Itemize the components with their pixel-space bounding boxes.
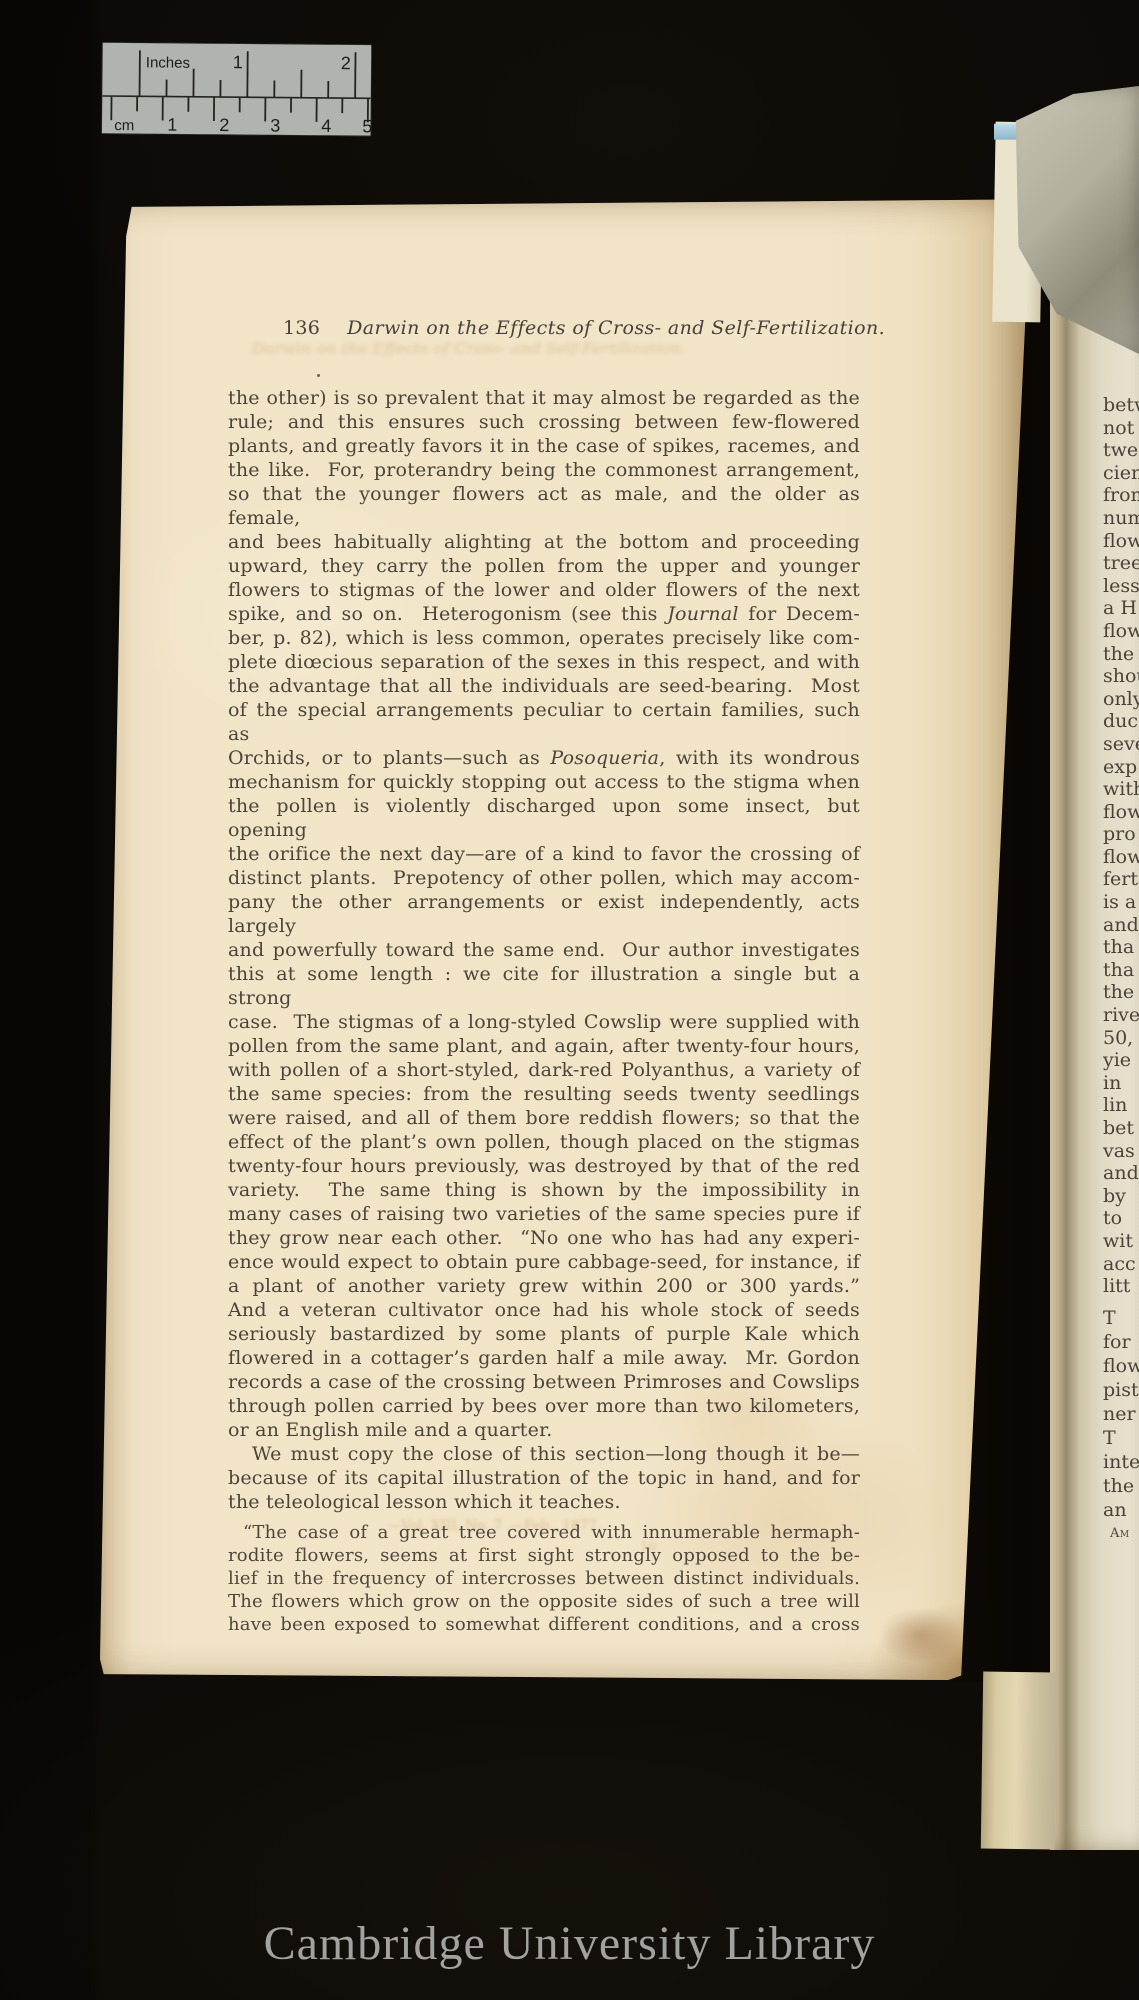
text-line: flow: [1103, 1354, 1139, 1378]
text-line: Am: [1103, 1522, 1139, 1546]
text-line: a H: [1103, 597, 1139, 620]
text-line: mechanism for quickly stopping out acces…: [228, 770, 860, 794]
show-through-header: Darwin on the Effects of Cross- and Self…: [252, 339, 686, 357]
ruler-inches-label: Inches: [146, 54, 190, 71]
running-title: Darwin on the Effects of Cross- and Self…: [347, 317, 885, 339]
text-line: wit: [1103, 1230, 1139, 1253]
text-line: cien: [1103, 462, 1139, 485]
adjacent-page-text-lower: TforflowpistnerTintetheanAm: [1103, 1306, 1139, 1546]
text-line: distinct plants. Prepotency of other pol…: [228, 866, 860, 890]
text-line: the same species: from the resulting see…: [228, 1082, 860, 1106]
text-line: duc: [1103, 710, 1139, 733]
adjacent-page-edge: betwnottweecienfromnumflowtreeless,a Hfl…: [1050, 203, 1139, 1850]
text-line: And a veteran cultivator once had his wh…: [228, 1298, 860, 1322]
text-line: T: [1103, 1306, 1139, 1330]
text-line: ner: [1103, 1402, 1139, 1426]
text-line: a plant of another variety grew within 2…: [228, 1274, 860, 1298]
text-line: because of its capital illustration of t…: [228, 1466, 860, 1490]
text-line: inte: [1103, 1450, 1139, 1474]
text-line: rule; and this ensures such crossing bet…: [228, 410, 860, 434]
ruler-cm-number-2: 2: [219, 115, 229, 135]
text-line: this at some length : we cite for illust…: [228, 962, 860, 1010]
text-line: flow: [1103, 801, 1139, 824]
text-line: they grow near each other. “No one who h…: [228, 1226, 860, 1250]
text-line: tree: [1103, 552, 1139, 575]
library-watermark: Cambridge University Library: [0, 1916, 1139, 1971]
text-line: through pollen carried by bees over more…: [228, 1394, 860, 1418]
ruler-inch-number-1: 1: [233, 52, 243, 72]
text-line: flowered in a cottager’s garden half a m…: [228, 1346, 860, 1370]
text-line: to: [1103, 1207, 1139, 1230]
text-line: and bees habitually alighting at the bot…: [228, 530, 860, 554]
text-line: by: [1103, 1185, 1139, 1208]
text-line: pany the other arrangements or exist ind…: [228, 890, 860, 938]
text-line: ber, p. 82), which is less common, opera…: [228, 626, 860, 650]
body-text: the other) is so prevalent that it may a…: [228, 386, 860, 1636]
text-line: num: [1103, 507, 1139, 530]
body-paragraph-1: the other) is so prevalent that it may a…: [228, 386, 860, 1442]
text-line: records a case of the crossing between P…: [228, 1370, 860, 1394]
text-line: of the special arrangements peculiar to …: [228, 698, 860, 746]
text-line: the orifice the next day—are of a kind t…: [228, 842, 860, 866]
text-line: the advantage that all the individuals a…: [228, 674, 860, 698]
text-line: pollen from the same plant, and again, a…: [228, 1034, 860, 1058]
body-paragraph-2: We must copy the close of this section—l…: [228, 1442, 860, 1514]
text-line: from: [1103, 484, 1139, 507]
page-number: 136: [283, 317, 320, 339]
text-line: plants, and greatly favors it in the cas…: [228, 434, 860, 458]
text-line: seve: [1103, 733, 1139, 756]
text-line: vas: [1103, 1140, 1139, 1163]
text-line: tha: [1103, 959, 1139, 982]
text-line: the pollen is violently discharged upon …: [228, 794, 860, 842]
text-line: acc: [1103, 1253, 1139, 1276]
text-line: bet: [1103, 1117, 1139, 1140]
text-line: flow: [1103, 530, 1139, 553]
text-line: seriously bastardized by some plants of …: [228, 1322, 860, 1346]
text-line: and: [1103, 914, 1139, 937]
text-line: rive: [1103, 1004, 1139, 1027]
text-line: We must copy the close of this section—l…: [228, 1442, 860, 1466]
text-line: lin: [1103, 1094, 1139, 1117]
text-line: with: [1103, 778, 1139, 801]
text-line: and: [1103, 1162, 1139, 1185]
text-line: less,: [1103, 575, 1139, 598]
text-line: betw: [1103, 394, 1139, 417]
text-line: flowers to stigmas of the lower and olde…: [228, 578, 860, 602]
ink-speck: [317, 374, 320, 377]
text-line: Orchids, or to plants—such as Posoqueria…: [228, 746, 860, 770]
text-line: with pollen of a short-styled, dark-red …: [228, 1058, 860, 1082]
text-line: an: [1103, 1498, 1139, 1522]
text-line: exp: [1103, 756, 1139, 779]
text-line: shou: [1103, 665, 1139, 688]
text-line: or an English mile and a quarter.: [228, 1418, 860, 1442]
text-line: tha: [1103, 936, 1139, 959]
text-line: the: [1103, 643, 1139, 666]
book-page: Darwin on the Effects of Cross- and Self…: [100, 198, 1032, 1680]
text-line: yie: [1103, 1049, 1139, 1072]
measurement-ruler: Inches 1 2 cm 1 2 3 4 5: [101, 42, 372, 136]
text-line: The flowers which grow on the opposite s…: [228, 1590, 860, 1613]
text-line: spike, and so on. Heterogonism (see this…: [228, 602, 860, 626]
text-line: 50,: [1103, 1027, 1139, 1050]
quote-paragraph: “The case of a great tree covered with i…: [228, 1521, 860, 1636]
text-line: so that the younger flowers act as male,…: [228, 482, 860, 530]
text-line: in: [1103, 1072, 1139, 1095]
text-line: only: [1103, 688, 1139, 711]
text-line: plete diœcious separation of the sexes i…: [228, 650, 860, 674]
text-line: have been exposed to somewhat different …: [228, 1613, 860, 1636]
ruler-cm-number-4: 4: [321, 116, 331, 136]
text-line: the other) is so prevalent that it may a…: [228, 386, 860, 410]
text-line: and powerfully toward the same end. Our …: [228, 938, 860, 962]
text-line: pist: [1103, 1378, 1139, 1402]
text-line: twee: [1103, 439, 1139, 462]
text-line: twenty-four hours previously, was destro…: [228, 1154, 860, 1178]
text-line: the: [1103, 1474, 1139, 1498]
text-line: many cases of raising two varieties of t…: [228, 1202, 860, 1226]
text-line: flow: [1103, 846, 1139, 869]
text-line: case. The stigmas of a long-styled Cowsl…: [228, 1010, 860, 1034]
text-line: litt: [1103, 1275, 1139, 1298]
text-line: flow: [1103, 620, 1139, 643]
ruler-cm-number-5: 5: [362, 116, 372, 136]
ruler-cm-label: cm: [114, 117, 134, 134]
text-line: lief in the frequency of intercrosses be…: [228, 1567, 860, 1590]
ruler-inch-number-2: 2: [341, 53, 351, 73]
text-line: T: [1103, 1426, 1139, 1450]
text-line: for: [1103, 1330, 1139, 1354]
text-line: the teleological lesson which it teaches…: [228, 1490, 860, 1514]
text-line: rodite flowers, seems at first sight str…: [228, 1544, 860, 1567]
ruler-cm-number-1: 1: [167, 115, 177, 135]
text-line: effect of the plant’s own pollen, though…: [228, 1130, 860, 1154]
text-line: ence would expect to obtain pure cabbage…: [228, 1250, 860, 1274]
text-line: is a: [1103, 891, 1139, 914]
text-line: fert: [1103, 868, 1139, 891]
text-line: pro: [1103, 823, 1139, 846]
text-line: variety. The same thing is shown by the …: [228, 1178, 860, 1202]
scanned-book-photograph: Inches 1 2 cm 1 2 3 4 5 betwnottweecienf…: [0, 0, 1139, 2000]
adjacent-page-text-upper: betwnottweecienfromnumflowtreeless,a Hfl…: [1103, 394, 1139, 1298]
text-line: “The case of a great tree covered with i…: [228, 1521, 860, 1544]
text-line: not: [1103, 417, 1139, 440]
ruler-cm-number-3: 3: [270, 115, 280, 135]
text-line: upward, they carry the pollen from the u…: [228, 554, 860, 578]
text-line: were raised, and all of them bore reddis…: [228, 1106, 860, 1130]
text-line: the: [1103, 981, 1139, 1004]
running-head: 136Darwin on the Effects of Cross- and S…: [283, 317, 885, 339]
page-fore-edges: [981, 1671, 1057, 1849]
text-line: the like. For, proterandry being the com…: [228, 458, 860, 482]
